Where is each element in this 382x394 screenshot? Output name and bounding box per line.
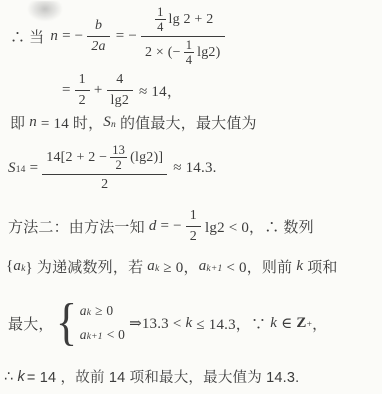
equals-sign: = [30,160,39,177]
var-k: k [186,315,193,332]
var-n: n [50,28,58,45]
equals-minus: = − [62,28,83,45]
less-than-zero-text: < 0 [107,327,125,343]
geq-zero-text: ≥ 0， [163,256,198,277]
var-a: a [13,258,21,275]
big-fraction-s14: 14[2 + 2 − 13 2 (lg2)] 2 [42,143,167,193]
fraction-numerator: 4 [107,71,134,91]
fraction-one-fourth: 1 4 [184,38,194,68]
var-k: k [270,315,277,332]
equals-minus: = − [116,28,137,45]
lg2-less-than-zero-text: lg2 < 0，∴ 数列 [205,216,314,237]
var-k: k [296,258,303,275]
fraction-numerator: 1 [75,71,90,91]
equals-minus: = − [161,218,182,235]
implies-13-3-text: ⇒13.3 < [129,314,181,333]
fraction-numerator: 1 [155,5,165,20]
text-line-method-two: 方法二：由方法一知 d = − 1 2 lg2 < 0，∴ 数列 [8,206,314,246]
fraction-one-fourth: 1 4 [155,5,165,35]
formula-line-s14: S14 = 14[2 + 2 − 13 2 (lg2)] 2 ≈ 14.3. [8,139,217,197]
that-is-text: 即 [10,112,25,133]
text-line-n-equals-14: 即 n = 14 时， Sn 的值最大，最大值为 [10,112,257,133]
fraction-denominator: 2 [113,158,123,172]
fraction-numerator: 13 [110,143,127,158]
text-line-decreasing-sequence: {ak} 为递减数列，若 ak ≥ 0， ak+1 < 0，则前 k 项和 [6,256,338,277]
therefore-symbol: ∴ [4,369,13,385]
fraction-13-over-2: 13 2 [110,143,127,173]
integers-set-symbol: Z [296,315,306,332]
condition-top: ak ≥ 0 [80,303,125,319]
two-times-open-paren: 2 × (− [145,44,181,62]
condition-system: ak ≥ 0 ak+1 < 0 [80,303,125,343]
scanned-math-solution-page: ∴ 当 n = − b 2a = − 1 4 lg 2 + 2 2 × (− 1… [0,0,382,394]
approx-14-text: ≈ 14， [139,80,182,101]
var-n: n [29,114,37,131]
formula-line-therefore-n: ∴ 当 n = − b 2a = − 1 4 lg 2 + 2 2 × (− 1… [10,8,229,64]
fourteen-bracket-text: 14[2 + 2 − [46,149,107,167]
var-S: S [8,160,16,177]
fraction-one-half: 1 2 [186,207,201,245]
value-max-text: 的值最大，最大值为 [120,112,257,133]
fraction-denominator: 2 [75,91,90,110]
fraction-denominator: 4 [155,20,165,34]
big-fraction-numerator: 1 4 lg 2 + 2 [141,5,224,37]
fraction-numerator: 1 [186,207,201,227]
fraction-b-over-2a: b 2a [87,17,109,55]
big-fraction-numerator: 14[2 + 2 − 13 2 (lg2)] [42,143,167,175]
fraction-numerator: 1 [184,38,194,53]
leq-14-3-text: ≤ 14.3，∵ [196,313,266,334]
lg2-bracket-text: (lg2)] [130,149,163,167]
var-a: a [147,258,155,275]
therefore-when-text: ∴ 当 [10,26,44,47]
fraction-denominator: 2 [186,227,201,246]
text-line-conclusion: ∴ k = 14 ，故前 14 项和最大，最大值为 14.3. [4,366,299,387]
maximum-text: 最大， [8,313,54,334]
system-brace: { [55,300,76,347]
var-d: d [149,218,157,235]
fraction-four-over-lg2: 4 lg2 [107,71,134,109]
equals-14-text: = 14 时， [41,112,103,133]
fraction-one-half: 1 2 [75,71,90,109]
geq-zero-text: ≥ 0 [95,303,113,319]
approx-14-3-text: ≈ 14.3. [173,160,216,177]
less-than-zero-text: < 0，则前 [226,256,292,277]
formula-line-half-plus: = 1 2 + 4 lg2 ≈ 14， [62,73,182,107]
plus-sign: + [94,82,103,99]
decreasing-sequence-text: } 为递减数列，若 [26,256,144,277]
var-a: a [199,258,207,275]
formula-line-system: 最大， { ak ≥ 0 ak+1 < 0 ⇒13.3 < k ≤ 14.3，∵… [8,294,327,352]
var-k: k [17,369,24,385]
fraction-numerator: b [87,17,109,37]
lg2-close-paren: lg2) [197,44,220,62]
comma-text: ， [312,313,327,334]
lg2-plus-2-text: lg 2 + 2 [169,11,214,29]
var-a: a [80,303,87,319]
terms-sum-text: 项和 [307,256,337,277]
fraction-denominator: 2a [87,37,109,56]
var-S: S [103,114,111,131]
open-brace: { [6,258,13,275]
big-fraction: 1 4 lg 2 + 2 2 × (− 1 4 lg2) [141,5,224,68]
big-fraction-denominator: 2 [97,175,112,194]
fraction-denominator: 4 [184,53,194,67]
var-a: a [80,327,87,343]
fraction-denominator: lg2 [107,91,134,110]
conclusion-text: = 14 ，故前 14 项和最大，最大值为 14.3. [27,366,300,387]
equals-sign: = [62,82,71,99]
method-two-text: 方法二：由方法一知 [8,216,145,237]
condition-bottom: ak+1 < 0 [80,327,125,343]
element-of-symbol: ∈ [281,314,292,333]
big-fraction-denominator: 2 × (− 1 4 lg2) [141,37,224,68]
